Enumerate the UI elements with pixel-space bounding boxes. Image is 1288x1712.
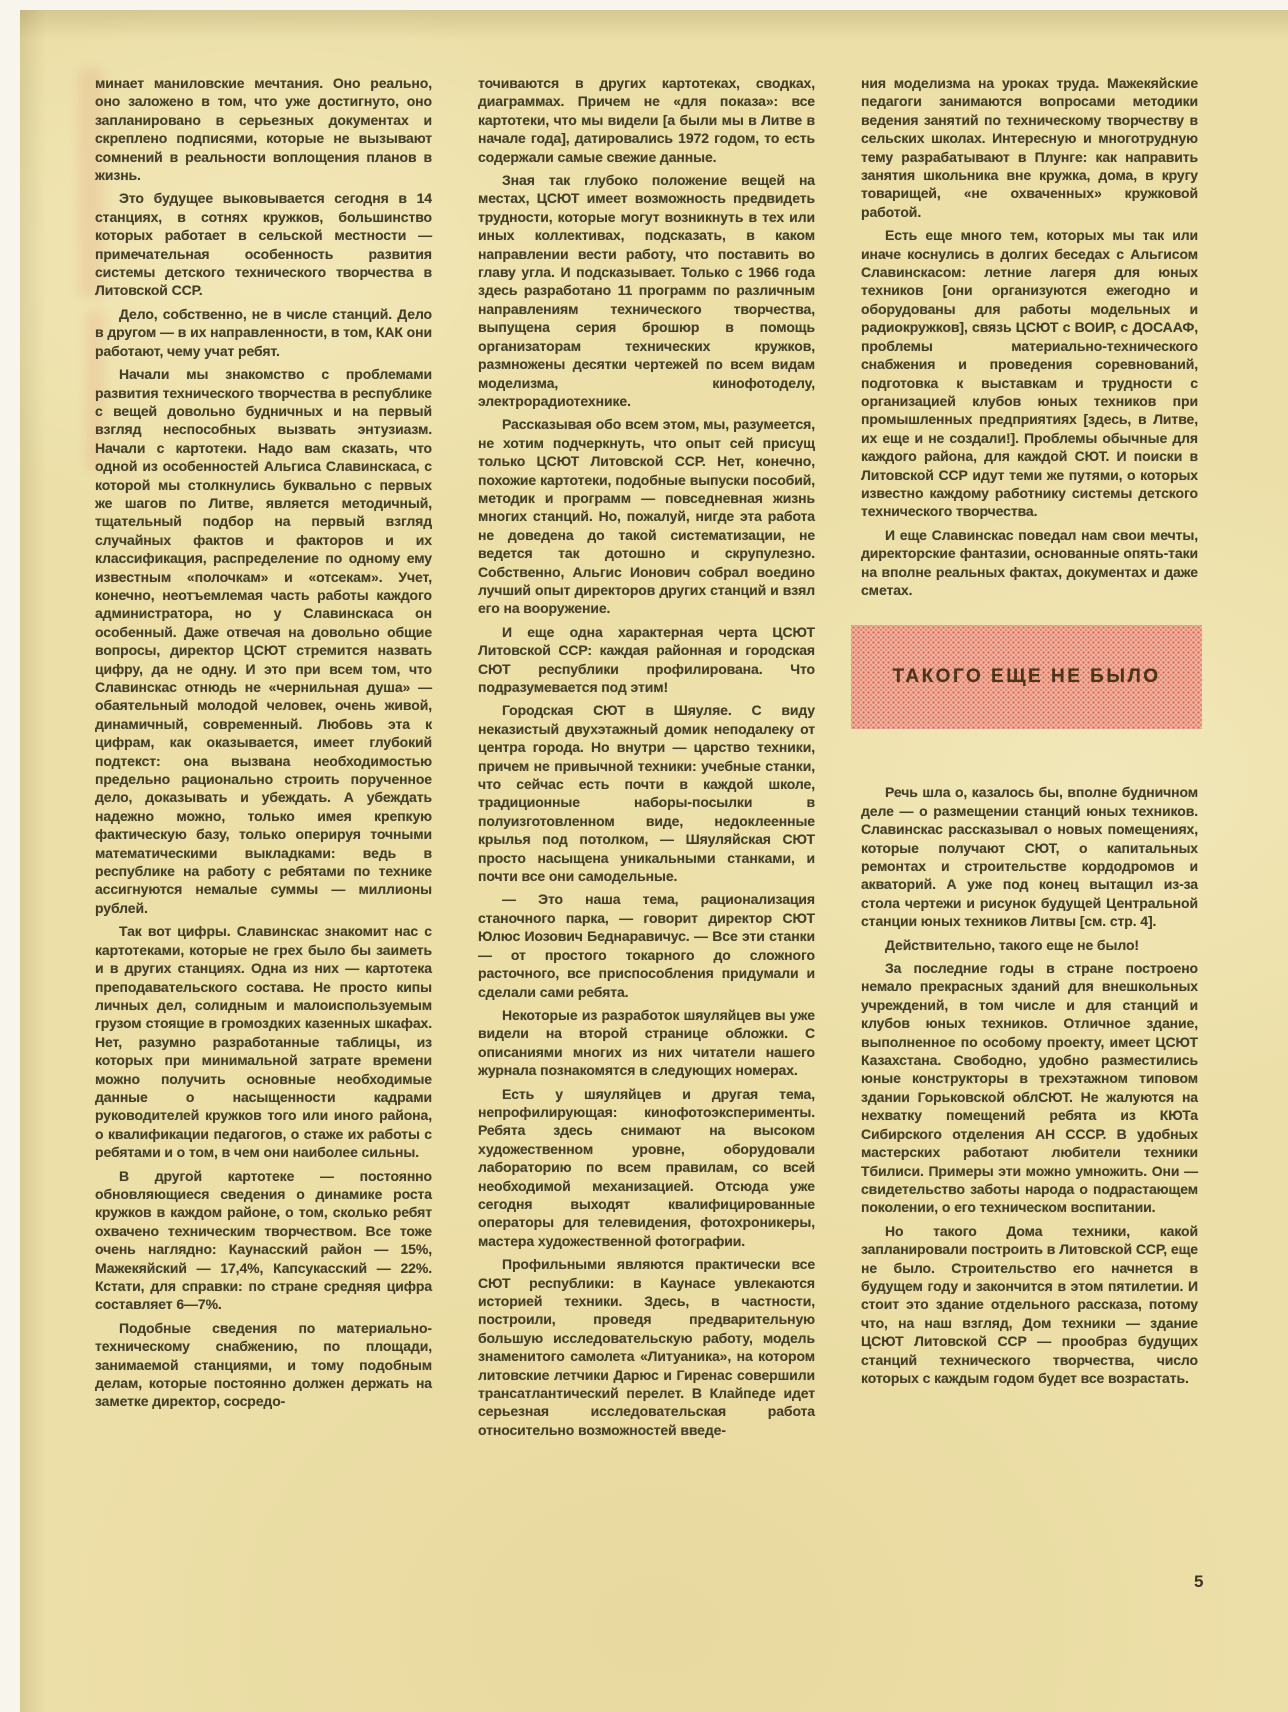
paragraph: Некоторые из разработок шяуляйцев вы уже… bbox=[478, 1006, 815, 1080]
paragraph: Городская СЮТ в Шяуляе. С виду неказисты… bbox=[478, 701, 815, 885]
paragraph: Рассказывая обо всем этом, мы, разумеетс… bbox=[478, 415, 815, 617]
paragraph: ния моделизма на уроках труда. Мажекяйск… bbox=[861, 74, 1198, 221]
section-heading-box: ТАКОГО ЕЩЕ НЕ БЫЛО bbox=[851, 625, 1202, 729]
paragraph: Но такого Дома техники, какой запланиров… bbox=[861, 1222, 1198, 1388]
paragraph: Есть еще много тем, которых мы так или и… bbox=[861, 226, 1198, 521]
section-heading: ТАКОГО ЕЩЕ НЕ БЫЛО bbox=[892, 666, 1160, 688]
column-3-upper-text: ния моделизма на уроках труда. Мажекяйск… bbox=[861, 74, 1198, 599]
paragraph: Есть у шяуляйцев и другая тема, непрофил… bbox=[478, 1085, 815, 1251]
column-3: ния моделизма на уроках труда. Мажекяйск… bbox=[861, 74, 1198, 1444]
scanned-magazine-page: { "page_number": "5", "highlight_box": {… bbox=[0, 0, 1288, 1712]
paragraph: — Это наша тема, рационализация станочно… bbox=[478, 890, 815, 1000]
paragraph: За последние годы в стране построено нем… bbox=[861, 959, 1198, 1217]
page-number: 5 bbox=[1194, 1572, 1203, 1592]
paragraph: Профильными являются практически все СЮТ… bbox=[478, 1255, 815, 1439]
paragraph: точиваются в других картотеках, сводках,… bbox=[478, 74, 815, 166]
paragraph: Речь шла о, казалось бы, вполне буднично… bbox=[861, 783, 1198, 930]
column-2: точиваются в других картотеках, сводках,… bbox=[478, 74, 815, 1444]
paragraph: Зная так глубоко положение вещей на мест… bbox=[478, 171, 815, 410]
paragraph: Дело, собственно, не в числе станций. Де… bbox=[95, 305, 432, 360]
paragraph: Так вот цифры. Славинскас знакомит нас с… bbox=[95, 922, 432, 1161]
paragraph: минает маниловские мечтания. Оно реально… bbox=[95, 74, 432, 184]
column-3-lower-text: Речь шла о, казалось бы, вполне буднично… bbox=[861, 783, 1198, 1387]
column-1: минает маниловские мечтания. Оно реально… bbox=[95, 74, 432, 1444]
paragraph: И еще одна характерная черта ЦСЮТ Литовс… bbox=[478, 623, 815, 697]
paragraph: Действительно, такого еще не было! bbox=[861, 936, 1198, 954]
paragraph: И еще Славинскас поведал нам свои мечты,… bbox=[861, 526, 1198, 600]
page-surface: минает маниловские мечтания. Оно реально… bbox=[20, 10, 1288, 1712]
article-body: минает маниловские мечтания. Оно реально… bbox=[95, 74, 1198, 1444]
paragraph: Это будущее выковывается сегодня в 14 ст… bbox=[95, 189, 432, 299]
paragraph: Подобные сведения по материально-техниче… bbox=[95, 1319, 432, 1411]
paragraph: Начали мы знакомство с проблемами развит… bbox=[95, 365, 432, 917]
paragraph: В другой картотеке — постоянно обновляющ… bbox=[95, 1167, 432, 1314]
